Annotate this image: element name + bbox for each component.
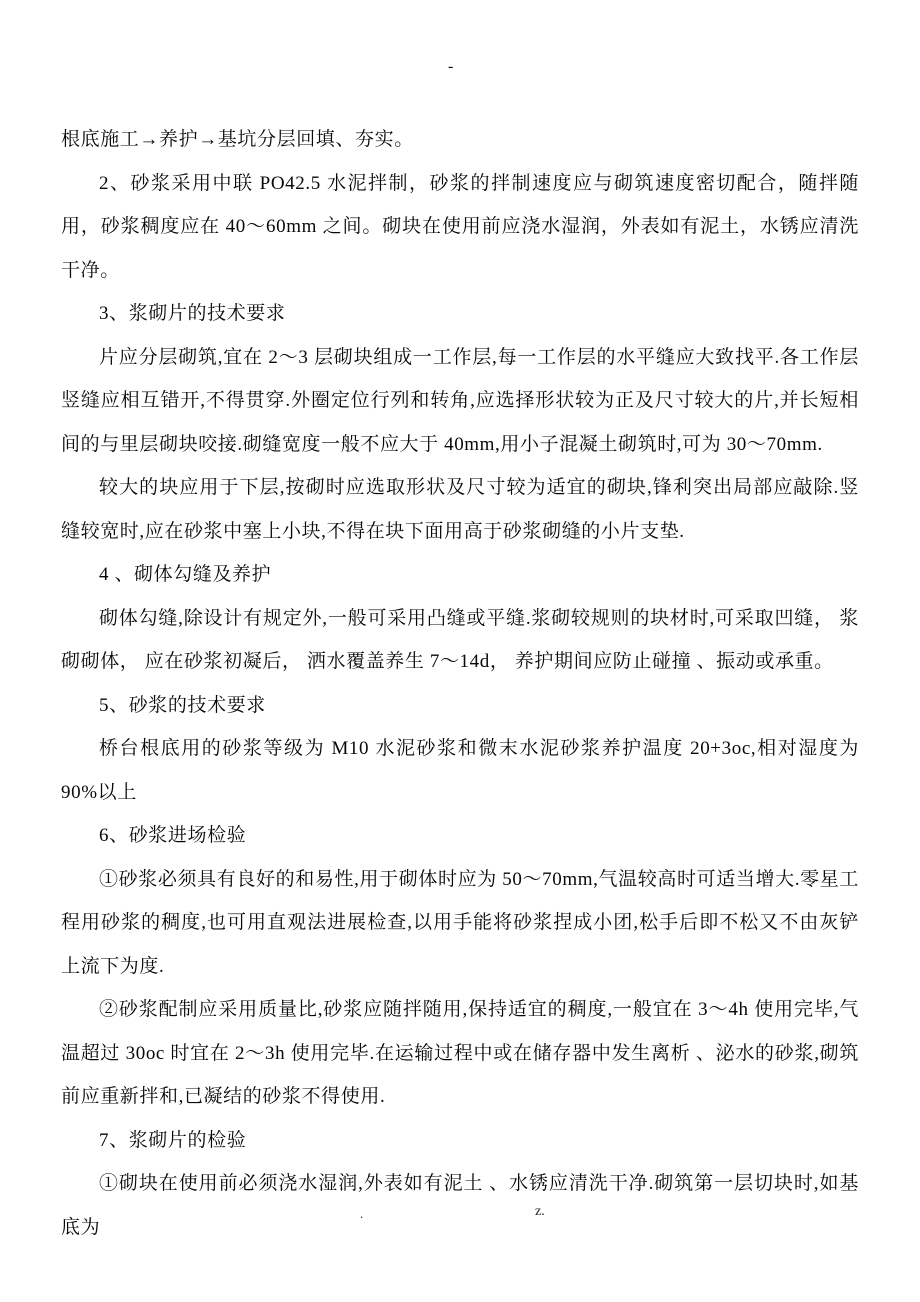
paragraph-block-inspection: ①砌块在使用前必须浇水湿润,外表如有泥土 、水锈应清洗干净.砌筑第一层切块时,如… xyxy=(61,1162,859,1249)
heading-item-3: 3、浆砌片的技术要求 xyxy=(61,292,859,336)
page-footer-left-mark: . xyxy=(360,1206,363,1222)
document-body: 根底施工→养护→基坑分层回填、夯实。 2、砂浆采用中联 PO42.5 水泥拌制，… xyxy=(61,118,859,1249)
heading-item-6: 6、砂浆进场检验 xyxy=(61,814,859,858)
heading-item-4: 4 、砌体勾缝及养护 xyxy=(61,553,859,597)
paragraph-continuation: 根底施工→养护→基坑分层回填、夯实。 xyxy=(61,118,859,162)
page-footer-right-mark: z. xyxy=(535,1204,545,1220)
paragraph-mortar-grade: 桥台根底用的砂浆等级为 M10 水泥砂浆和微末水泥砂浆养护温度 20+3oc,相… xyxy=(61,727,859,814)
document-page: - 根底施工→养护→基坑分层回填、夯实。 2、砂浆采用中联 PO42.5 水泥拌… xyxy=(0,0,920,1302)
paragraph-masonry-layers: 片应分层砌筑,宜在 2～3 层砌块组成一工作层,每一工作层的水平缝应大致找平.各… xyxy=(61,336,859,467)
heading-item-5: 5、砂浆的技术要求 xyxy=(61,684,859,728)
heading-item-7: 7、浆砌片的检验 xyxy=(61,1119,859,1163)
paragraph-larger-blocks: 较大的块应用于下层,按砌时应选取形状及尺寸较为适宜的砌块,锋利突出局部应敲除.竖… xyxy=(61,466,859,553)
paragraph-workability: ①砂浆必须具有良好的和易性,用于砌体时应为 50～70mm,气温较高时可适当增大… xyxy=(61,858,859,989)
paragraph-mix-ratio: ②砂浆配制应采用质量比,砂浆应随拌随用,保持适宜的稠度,一般宜在 3～4h 使用… xyxy=(61,988,859,1119)
page-header-mark: - xyxy=(448,58,453,76)
paragraph-item-2: 2、砂浆采用中联 PO42.5 水泥拌制，砂浆的拌制速度应与砌筑速度密切配合，随… xyxy=(61,162,859,293)
paragraph-jointing-curing: 砌体勾缝,除设计有规定外,一般可采用凸缝或平缝.浆砌较规则的块材时,可采取凹缝，… xyxy=(61,597,859,684)
